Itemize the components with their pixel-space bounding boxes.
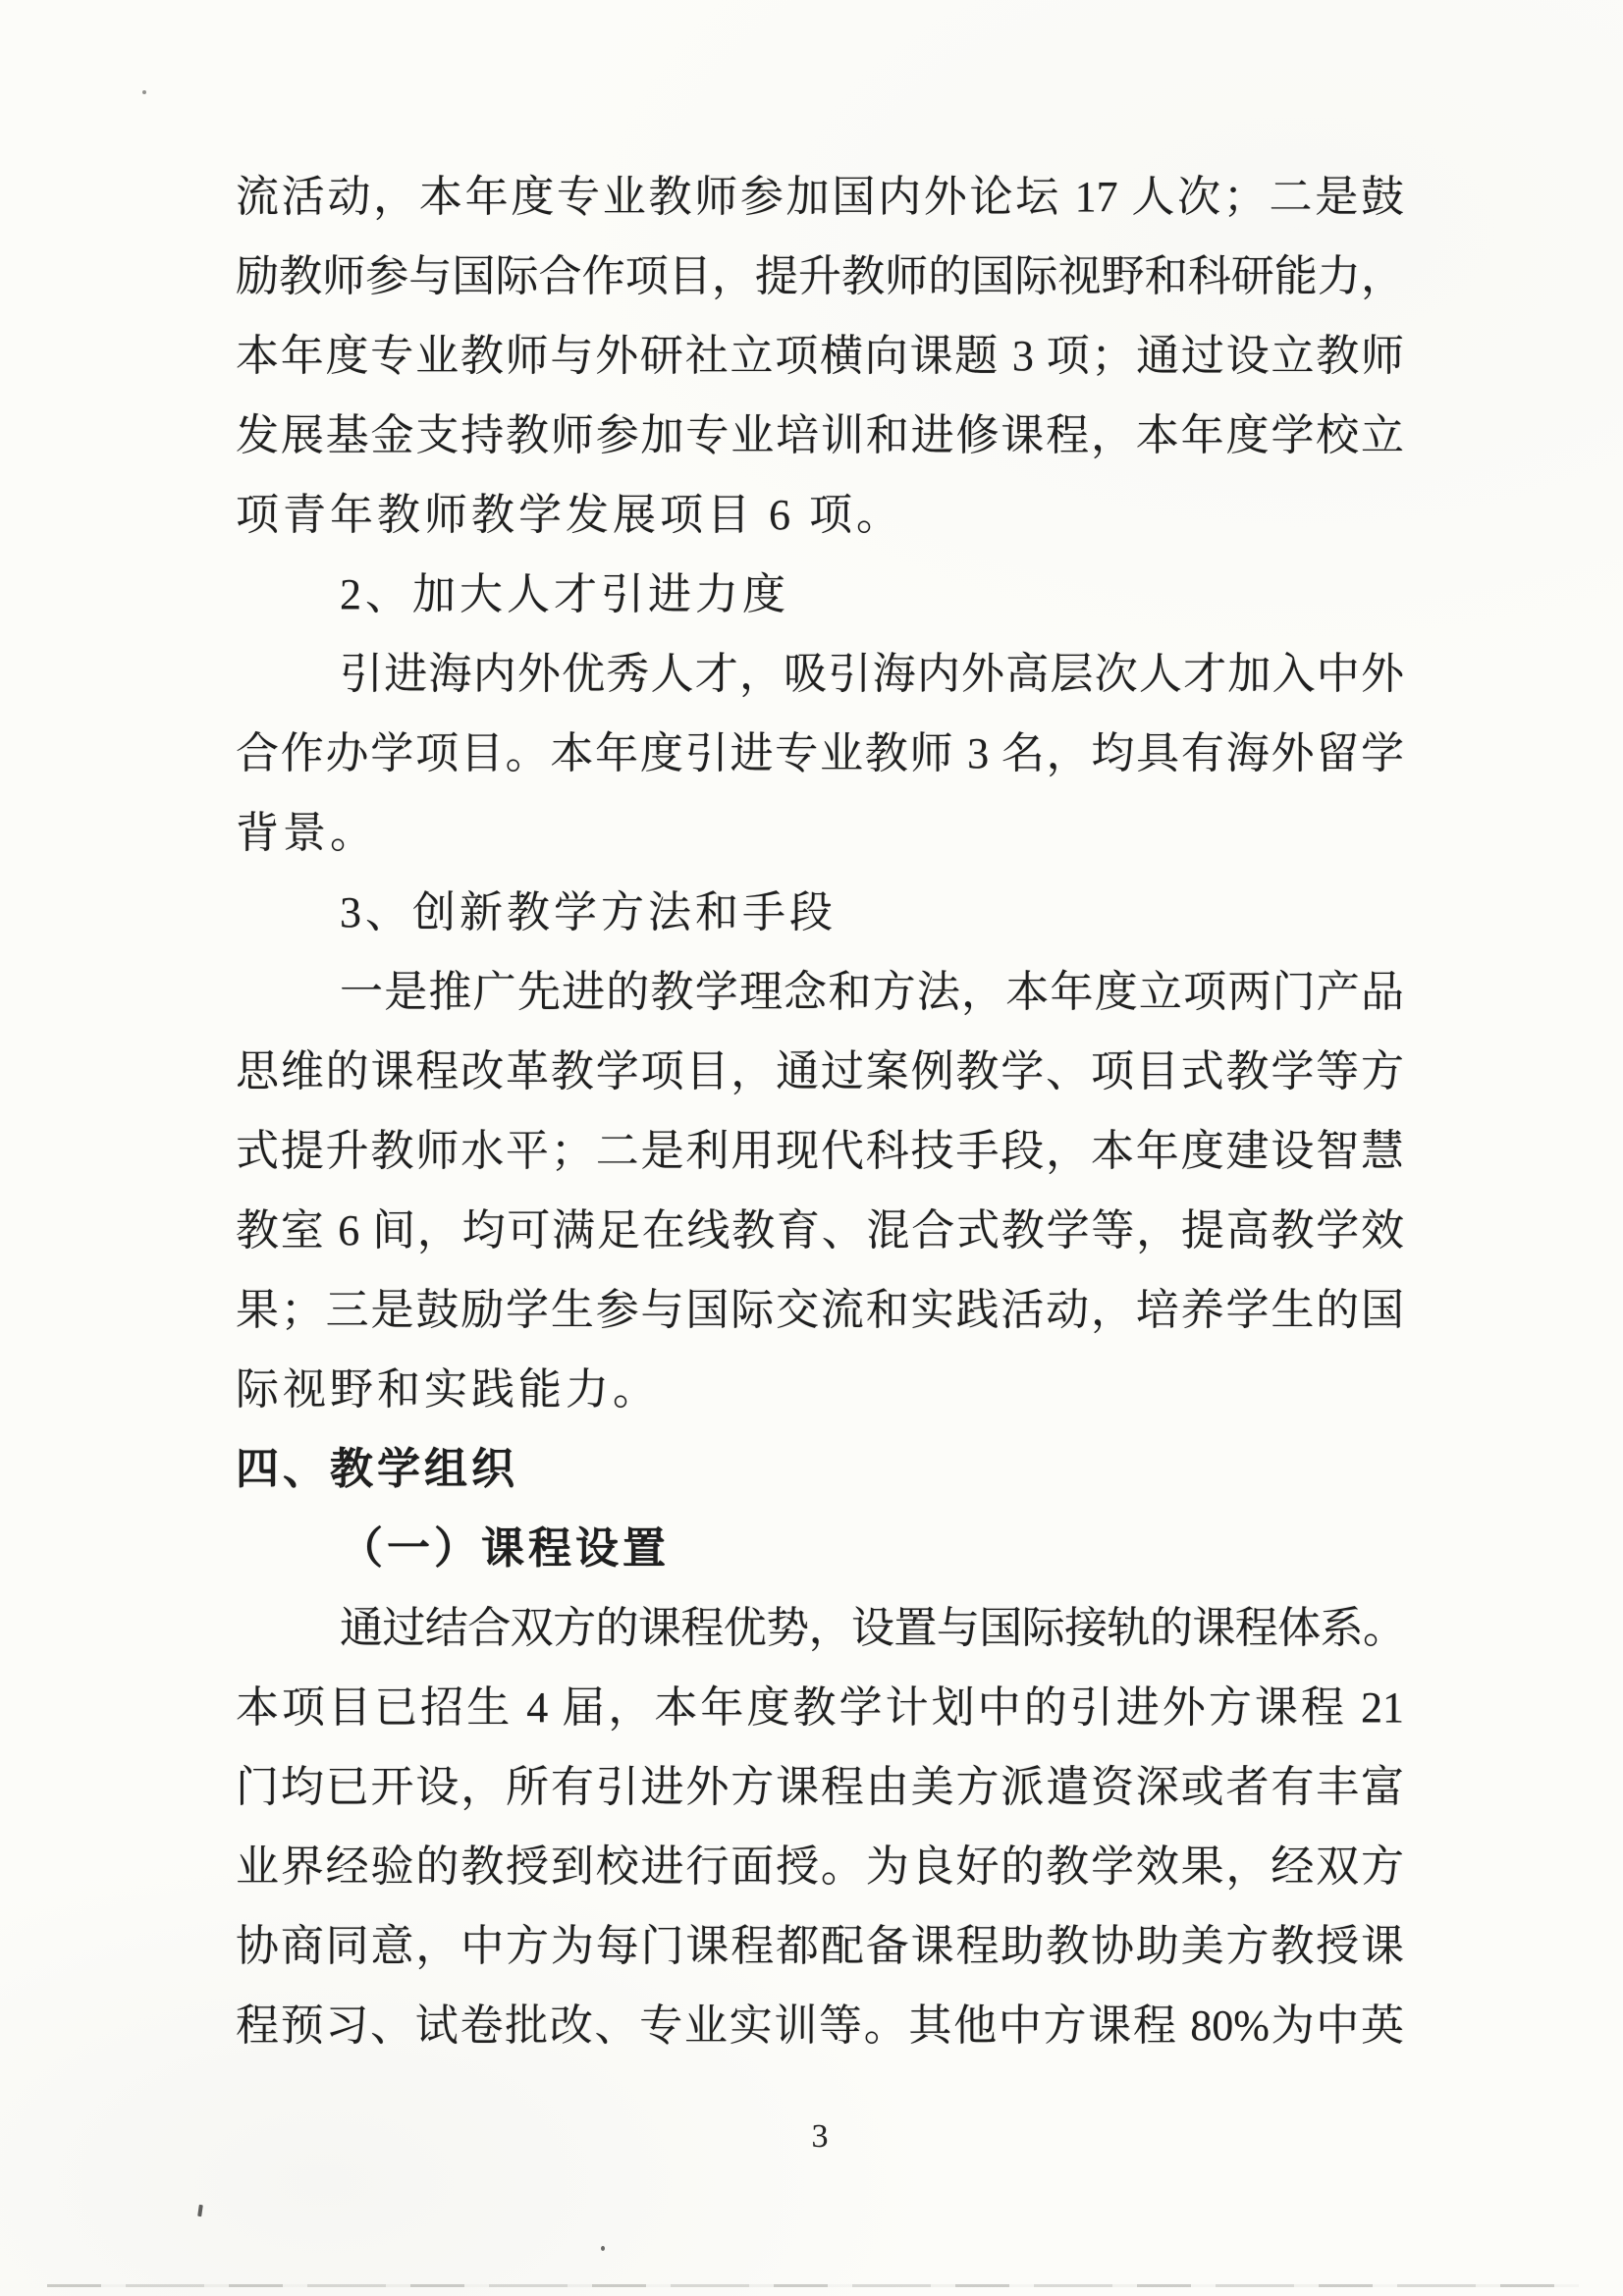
text-line: 发展基金支持教师参加专业培训和进修课程，本年度学校立 [236,396,1404,475]
scan-speck [197,2205,203,2216]
text-line: 果；三是鼓励学生参与国际交流和实践活动，培养学生的国 [236,1270,1404,1350]
text-line: 励教师参与国际合作项目，提升教师的国际视野和科研能力， [236,237,1404,316]
text-line: 业界经验的教授到校进行面授。为良好的教学效果，经双方 [236,1827,1404,1906]
text-line: 通过结合双方的课程优势，设置与国际接轨的课程体系。 [236,1588,1404,1668]
text-line: 门均已开设，所有引进外方课程由美方派遣资深或者有丰富 [236,1747,1404,1827]
scan-edge-line [47,2284,1579,2287]
text-line: 际视野和实践能力。 [236,1350,1404,1429]
text-line: 流活动，本年度专业教师参加国内外论坛 17 人次；二是鼓 [236,157,1404,237]
text-line: 本项目已招生 4 届，本年度教学计划中的引进外方课程 21 [236,1668,1404,1747]
numbered-subheading: 2、加大人才引进力度 [236,555,1404,634]
scan-speck [601,2246,605,2251]
page-number: 3 [236,2112,1404,2162]
text-line: 式提升教师水平；二是利用现代科技手段，本年度建设智慧 [236,1111,1404,1191]
document-page: 流活动，本年度专业教师参加国内外论坛 17 人次；二是鼓 励教师参与国际合作项目… [0,0,1623,2296]
text-line: 协商同意，中方为每门课程都配备课程助教协助美方教授课 [236,1906,1404,1986]
text-line: 一是推广先进的教学理念和方法，本年度立项两门产品 [236,952,1404,1032]
text-line: 项青年教师教学发展项目 6 项。 [236,475,1404,555]
text-line: 背景。 [236,793,1404,873]
document-text-block: 流活动，本年度专业教师参加国内外论坛 17 人次；二是鼓 励教师参与国际合作项目… [236,157,1404,2065]
section-heading: 四、教学组织 [236,1429,1404,1509]
text-line: 思维的课程改革教学项目，通过案例教学、项目式教学等方 [236,1032,1404,1111]
text-line: 程预习、试卷批改、专业实训等。其他中方课程 80%为中英 [236,1986,1404,2065]
text-line: 合作办学项目。本年度引进专业教师 3 名，均具有海外留学 [236,714,1404,793]
numbered-subheading: 3、创新教学方法和手段 [236,873,1404,952]
text-line: 引进海内外优秀人才，吸引海内外高层次人才加入中外 [236,634,1404,714]
text-line: 教室 6 间，均可满足在线教育、混合式教学等，提高教学效 [236,1191,1404,1270]
scan-speck [142,90,146,94]
subsection-heading: （一）课程设置 [236,1509,1404,1588]
text-line: 本年度专业教师与外研社立项横向课题 3 项；通过设立教师 [236,316,1404,396]
